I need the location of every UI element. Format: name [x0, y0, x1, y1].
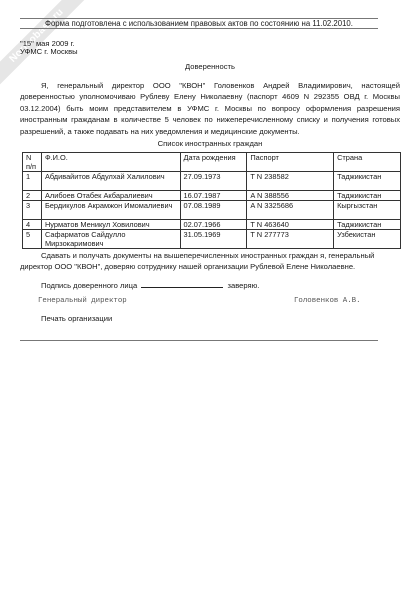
cell-name: Абдивайитов Абдулхай Халилович	[41, 172, 180, 191]
table-header-row: N п/п Ф.И.О. Дата рождения Паспорт Стран…	[23, 153, 401, 172]
table-row: 2 Алибоев Отабек Акбаралиевич 16.07.1987…	[23, 191, 401, 201]
header-passport: Паспорт	[247, 153, 334, 172]
signature-suffix: заверяю.	[227, 281, 259, 290]
cell-passport: A N 388556	[247, 191, 334, 201]
cell-passport: A N 3325686	[247, 201, 334, 220]
cell-name: Сафарматов Сайдулло Мирзокаримович	[41, 230, 180, 249]
header-name: Ф.И.О.	[41, 153, 180, 172]
cell-birth-date: 27.09.1973	[180, 172, 247, 191]
cell-number: 5	[23, 230, 42, 249]
body-paragraph: Я, генеральный директор ООО "КВОН" Голов…	[20, 80, 400, 137]
citizens-table: N п/п Ф.И.О. Дата рождения Паспорт Стран…	[22, 152, 401, 249]
cell-number: 3	[23, 201, 42, 220]
bottom-rule	[20, 340, 378, 341]
header-rule	[20, 28, 378, 29]
cell-number: 4	[23, 220, 42, 230]
header-note: Форма подготовлена с использованием прав…	[20, 19, 378, 28]
cell-passport: T N 238582	[247, 172, 334, 191]
cell-country: Кыргызстан	[334, 201, 401, 220]
seal-label: Печать организации	[41, 314, 112, 323]
table-row: 1 Абдивайитов Абдулхай Халилович 27.09.1…	[23, 172, 401, 191]
document-title: Доверенность	[0, 62, 420, 71]
signature-blank	[141, 280, 223, 288]
cell-country: Таджикистан	[334, 191, 401, 201]
cell-name: Бердикулов Акрамжон Имомалиевич	[41, 201, 180, 220]
cell-number: 2	[23, 191, 42, 201]
cell-name: Нурматов Меникул Ховилович	[41, 220, 180, 230]
header-birth-date: Дата рождения	[180, 153, 247, 172]
cell-passport: T N 277773	[247, 230, 334, 249]
table-row: 4 Нурматов Меникул Ховилович 02.07.1966 …	[23, 220, 401, 230]
cell-name: Алибоев Отабек Акбаралиевич	[41, 191, 180, 201]
table-row: 5 Сафарматов Сайдулло Мирзокаримович 31.…	[23, 230, 401, 249]
addressee: УФМС г. Москвы	[20, 47, 78, 56]
cell-birth-date: 02.07.1966	[180, 220, 247, 230]
signature-label: Подпись доверенного лица	[41, 281, 137, 290]
cell-passport: T N 463640	[247, 220, 334, 230]
closing-paragraph: Сдавать и получать документы на вышепере…	[20, 251, 402, 272]
cell-birth-date: 16.07.1987	[180, 191, 247, 201]
table-row: 3 Бердикулов Акрамжон Имомалиевич 07.08.…	[23, 201, 401, 220]
header-number: N п/п	[23, 153, 42, 172]
cell-country: Таджикистан	[334, 172, 401, 191]
list-title: Список иностранных граждан	[0, 139, 420, 148]
signature-line: Подпись доверенного лица заверяю.	[41, 280, 259, 290]
director-title: Генеральный директор	[38, 297, 127, 305]
header-country: Страна	[334, 153, 401, 172]
cell-number: 1	[23, 172, 42, 191]
cell-birth-date: 31.05.1969	[180, 230, 247, 249]
director-name: Головенков А.В.	[294, 297, 361, 305]
cell-country: Узбекистан	[334, 230, 401, 249]
cell-birth-date: 07.08.1989	[180, 201, 247, 220]
cell-country: Таджикистан	[334, 220, 401, 230]
